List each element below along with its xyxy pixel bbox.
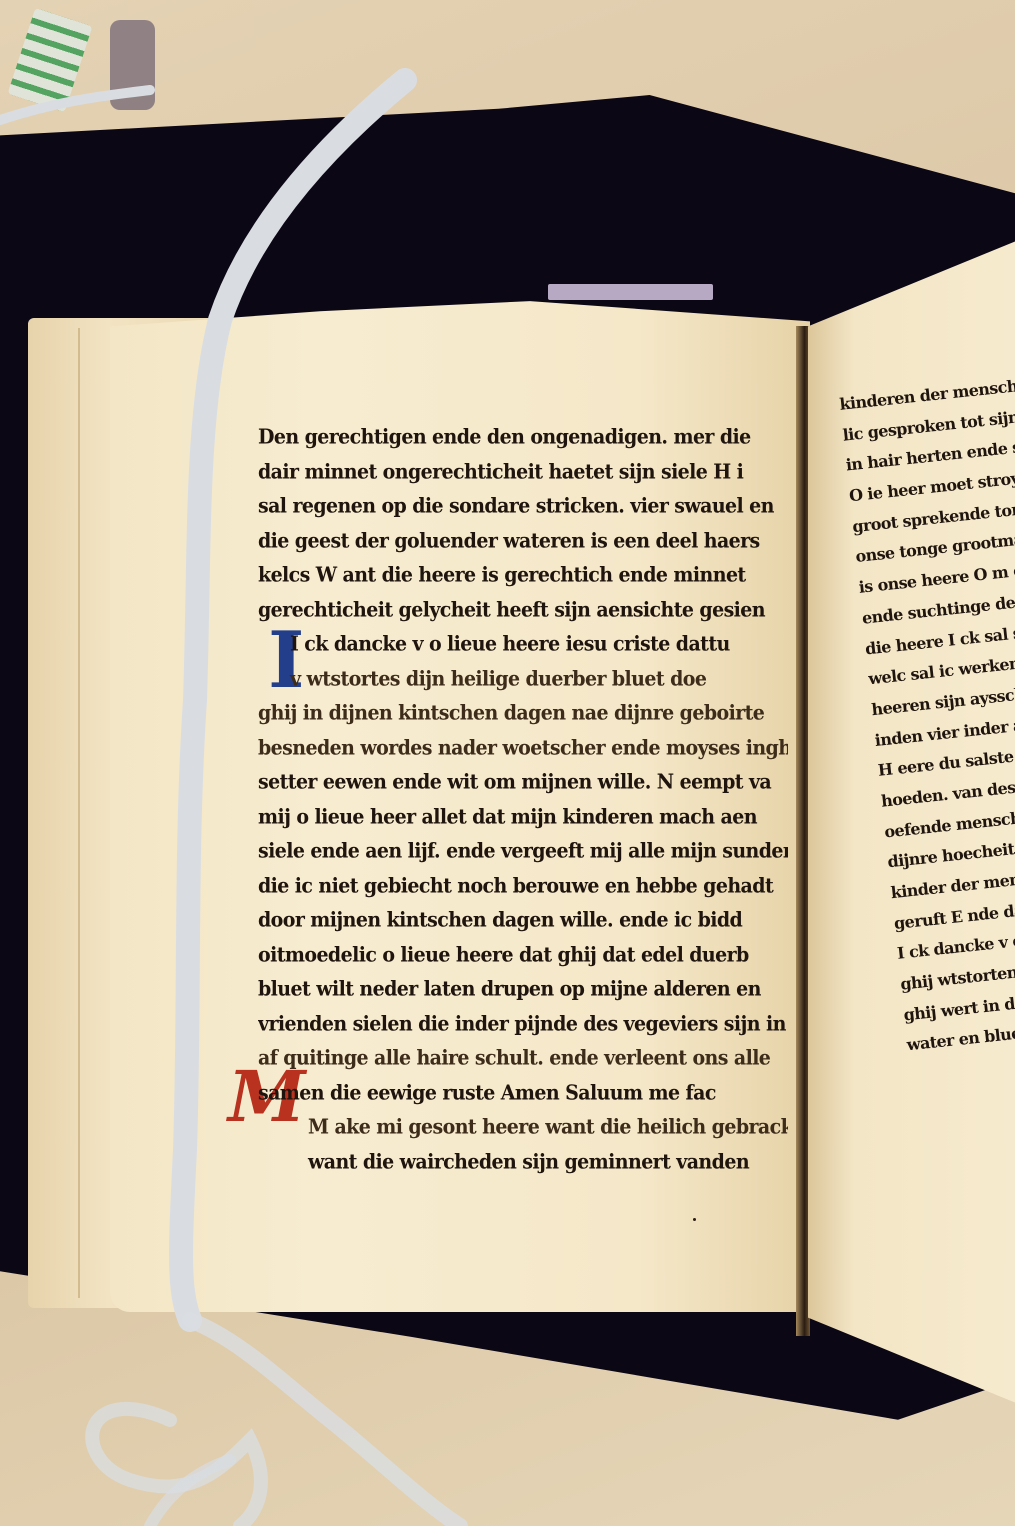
text-line: ghij in dijnen kintschen dagen nae dijnr… — [258, 695, 788, 732]
text-line: dair minnet ongerechticheit haetet sijn … — [258, 453, 788, 490]
left-page-text: Den gerechtigen ende den ongenadigen. me… — [258, 420, 788, 1179]
text-line: die ic niet gebiecht noch berouwe en heb… — [258, 867, 788, 904]
ink-dot — [693, 1218, 696, 1221]
text-line: setter eewen ende wit om mijnen wille. N… — [258, 764, 788, 801]
shelfmark-label — [548, 284, 713, 300]
text-line: besneden wordes nader woetscher ende moy… — [258, 729, 788, 766]
text-line: I ck dancke v o lieue heere iesu criste … — [258, 626, 788, 663]
text-line: door mijnen kintschen dagen wille. ende … — [258, 902, 788, 939]
text-line: M ake mi gesont heere want die heilich g… — [258, 1109, 788, 1146]
text-line: v wtstortes dijn heilige duerber bluet d… — [258, 660, 788, 697]
text-line: kelcs W ant die heere is gerechtich ende… — [258, 557, 788, 594]
text-line: want die waircheden sijn geminnert vande… — [258, 1143, 788, 1180]
text-line: af quitinge alle haire schult. ende verl… — [258, 1040, 788, 1077]
text-line: bluet wilt neder laten drupen op mijne a… — [258, 971, 788, 1008]
text-line: mij o lieue heer allet dat mijn kinderen… — [258, 798, 788, 835]
text-line: sal regenen op die sondare stricken. vie… — [258, 488, 788, 525]
gutter — [796, 326, 810, 1336]
text-line: oitmoedelic o lieue heere dat ghij dat e… — [258, 936, 788, 973]
manuscript-photo: I M Den gerechtigen ende den ongenadigen… — [0, 0, 1015, 1526]
text-line: die geest der goluender wateren is een d… — [258, 522, 788, 559]
text-line: siele ende aen lijf. ende vergeeft mij a… — [258, 833, 788, 870]
text-line: samen die eewige ruste Amen Saluum me fa… — [258, 1074, 788, 1111]
text-line: gerechticheit gelycheit heeft sijn aensi… — [258, 591, 788, 628]
text-line: Den gerechtigen ende den ongenadigen. me… — [258, 419, 788, 456]
tag-shadow — [110, 20, 155, 110]
text-line: vrienden sielen die inder pijnde des veg… — [258, 1005, 788, 1042]
